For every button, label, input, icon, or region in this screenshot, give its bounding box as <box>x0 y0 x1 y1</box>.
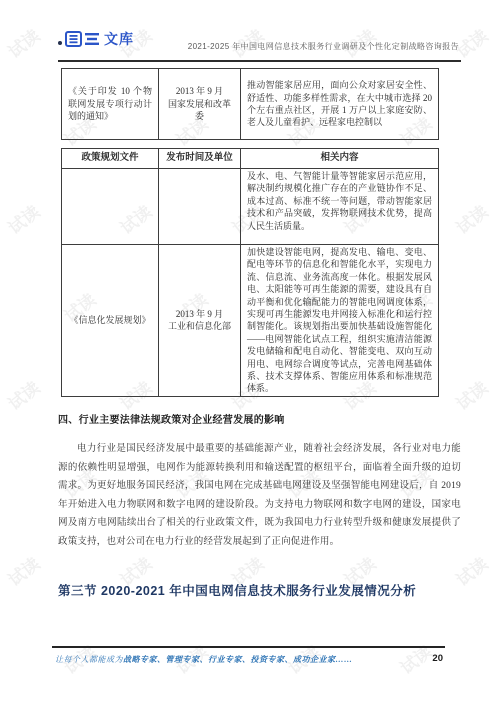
document-page: 试读试读试读试读试读试读试读试读试读试读试读试读试读试读试读试读试读试读试读试读… <box>0 0 499 706</box>
section-heading-four: 四、行业主要法律法规政策对企业经营发展的影响 <box>58 411 460 426</box>
issue-date-line: 2013 年 9 月 <box>165 85 234 97</box>
table-row: 《关于印发 10 个物联网发展专项行动计划的通知》 2013 年 9 月 国家发… <box>62 69 439 140</box>
table-row: 及水、电、气智能计量等智能家居示范应用，解决制约规模化推广存在的产业链协作不足、… <box>62 169 439 245</box>
issue-org-line: 工业和信息化部 <box>165 320 234 332</box>
document-title: 2021-2025 年中国电网信息技术服务行业调研及个性化定制战略咨询报告 <box>188 41 459 52</box>
issue-org-line: 国家发展和改革委 <box>165 98 234 123</box>
table-header-row: 政策规划文件 发布时间及单位 相关内容 <box>62 149 439 169</box>
policy-content-cell: 及水、电、气智能计量等智能家居示范应用，解决制约规模化推广存在的产业链协作不足、… <box>241 169 439 245</box>
logo-dot-icon <box>58 41 62 45</box>
table-row: 《信息化发展规划》 2013 年 9 月 工业和信息化部 加快建设智能电网，提高… <box>62 245 439 397</box>
chapter-section-heading: 第三节 2020-2021 年中国电网信息技术服务行业发展情况分析 <box>58 581 478 599</box>
policy-doc-cell: 《信息化发展规划》 <box>62 245 159 397</box>
policy-doc-cell: 《关于印发 10 个物联网发展专项行动计划的通知》 <box>62 69 159 140</box>
issue-date-cell: 2013 年 9 月 国家发展和改革委 <box>159 69 241 140</box>
column-header-content: 相关内容 <box>241 149 439 169</box>
footer-divider <box>52 646 445 648</box>
policy-content-cell: 推动智能家居应用，面向公众对家居安全性、舒适性、功能多样性需求，在大中城市选择 … <box>241 69 439 140</box>
header-divider <box>58 60 461 62</box>
library-logo: 文库 <box>58 29 134 49</box>
footer-slogan: 让每个人都能成为战略专家、管理专家、行业专家、投资专家、成功企业家…… <box>55 654 353 665</box>
footer-slogan-bold: 战略专家、管理专家、行业专家、投资专家、成功企业家…… <box>123 655 353 664</box>
issue-date-cell: 2013 年 9 月 工业和信息化部 <box>159 245 241 397</box>
library-logo-icon <box>65 31 101 47</box>
footer-slogan-prefix: 让每个人都能成为 <box>55 655 123 664</box>
policy-table-continued: 《关于印发 10 个物联网发展专项行动计划的通知》 2013 年 9 月 国家发… <box>61 68 439 140</box>
body-paragraph: 电力行业是国民经济发展中最重要的基础能源产业，随着社会经济发展，各行业对电力能源… <box>58 440 461 552</box>
policy-table: 政策规划文件 发布时间及单位 相关内容 及水、电、气智能计量等智能家居示范应用，… <box>61 148 439 397</box>
page-number: 20 <box>432 653 443 664</box>
logo-label: 文库 <box>104 29 134 49</box>
column-header-date-org: 发布时间及单位 <box>159 149 241 169</box>
column-header-document: 政策规划文件 <box>62 149 159 169</box>
page-header: 文库 2021-2025 年中国电网信息技术服务行业调研及个性化定制战略咨询报告 <box>58 27 461 57</box>
issue-date-line: 2013 年 9 月 <box>165 308 234 320</box>
policy-content-cell: 加快建设智能电网，提高发电、输电、变电、配电等环节的信息化和智能化水平，实现电力… <box>241 245 439 397</box>
issue-date-cell <box>159 169 241 245</box>
policy-doc-cell <box>62 169 159 245</box>
